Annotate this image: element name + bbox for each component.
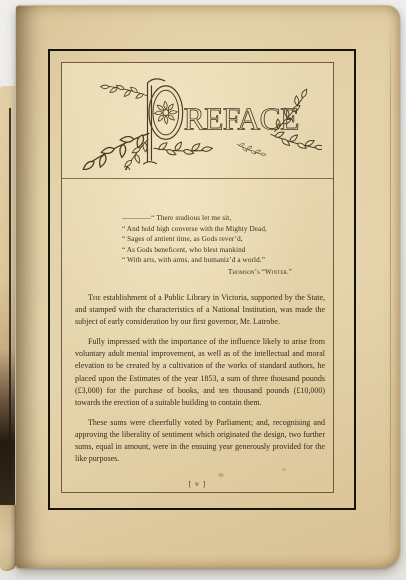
facing-page-edge — [0, 86, 15, 510]
paragraph: Fully impressed with the importance of t… — [75, 336, 325, 409]
preface-body-text: The establishment of a Public Library in… — [75, 292, 325, 473]
page-right-edge-line — [390, 20, 391, 555]
paragraph-lead: The — [88, 293, 101, 302]
page-outer-border: REFACE ————“ There studious let me sit, … — [48, 49, 356, 510]
preface-title-ornament: REFACE — [73, 71, 322, 170]
page-inner-border: REFACE ————“ There studious let me sit, … — [61, 62, 334, 493]
paragraph-text: These sums were cheerfully voted by Parl… — [75, 418, 325, 463]
flower-icon — [154, 101, 177, 124]
facing-page-border-line — [9, 108, 11, 480]
page-number: [ v ] — [62, 479, 333, 488]
book-page: REFACE ————“ There studious let me sit, … — [16, 5, 400, 568]
header-divider-rule — [62, 178, 333, 179]
preface-title-letters: REFACE — [184, 101, 302, 136]
facing-page-bottom-curl — [0, 505, 17, 571]
epigraph-line: “ As Gods beneficent, who blest mankind — [122, 245, 327, 256]
epigraph-line: ————“ There studious let me sit, — [122, 213, 327, 224]
decorated-initial-p — [144, 79, 183, 164]
epigraph-line: “ Sages of antient time, as Gods rever’d… — [122, 234, 327, 245]
paragraph: These sums were cheerfully voted by Parl… — [75, 417, 325, 465]
epigraph-quote: ————“ There studious let me sit, “ And h… — [122, 213, 327, 278]
epigraph-line: “ With arts, with arms, and humaniz’d a … — [122, 255, 327, 266]
paragraph-text: Fully impressed with the importance of t… — [75, 337, 325, 406]
epigraph-line: “ And hold high converse with the Mighty… — [122, 224, 327, 235]
paragraph: The establishment of a Public Library in… — [75, 292, 325, 328]
book-photograph: REFACE ————“ There studious let me sit, … — [0, 0, 406, 580]
paragraph-text: establishment of a Public Library in Vic… — [75, 293, 325, 326]
epigraph-attribution: Thomson’s “Winter.” — [122, 267, 327, 278]
